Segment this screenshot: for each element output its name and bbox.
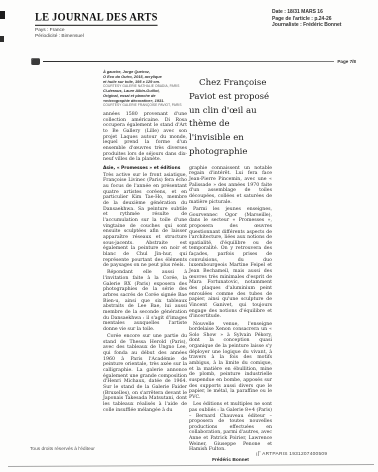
pull-quote-headline: Chez Françoise Paviot est proposé un cli… <box>189 77 272 160</box>
article-paragraph: années 1580 provenant d'une collection a… <box>103 112 187 163</box>
page-bottom-rule <box>8 464 374 467</box>
clipping-stamp-icon: ¡|' <box>256 451 261 457</box>
caption-credit: COURTESY GALERIE FRANÇOISE PAVIOT, PARIS <box>103 103 187 108</box>
journalist-label: Journaliste : Frédéric Bonnet <box>272 22 341 29</box>
article-paragraph: Corée encore sur une partie du stand de … <box>103 334 187 413</box>
scan-artifact-mark <box>0 36 4 42</box>
scan-artifact-mark <box>0 11 5 19</box>
section-subhead: Asie, « Promesses » et éditions <box>103 166 187 171</box>
clipping-reference: ¡|' ARTPARIS 1931207400509 <box>256 451 327 457</box>
article-paragraph: graphie connaissent un notable regain d'… <box>189 166 272 206</box>
rights-notice: Tous droits réservés à l'éditeur <box>30 447 95 452</box>
clipping-meta-block: Date : 18/31 MARS 16 Page de l'article :… <box>272 9 341 29</box>
article-paragraph: Parmi les jeunes enseignes, Gourvennec O… <box>189 207 272 320</box>
image-caption: À gauche, Jorge Queiroz, O Eco do Outro,… <box>103 70 187 108</box>
article-paragraph: Très active sur le front asiatique, Fran… <box>103 173 187 269</box>
article-paragraph: Répondant elle aussi à l'invitation fait… <box>103 270 187 332</box>
header-rule: Page 7/8 <box>31 58 356 65</box>
article-body-right: graphie connaissent un notable regain d'… <box>189 166 272 463</box>
article-page-label: Page de l'article : p.24-26 <box>272 16 341 23</box>
article-paragraph: Nouvelle venue, l'enseigne bordelaise Xe… <box>189 322 272 401</box>
periodicity-label: Périodicité : Bimensuel <box>35 34 164 40</box>
article-paragraph: Les éditions et multiples ne sont pas ou… <box>189 402 272 453</box>
reference-code: ARTPARIS 1931207400509 <box>262 452 327 457</box>
article-column-left: À gauche, Jorge Queiroz, O Eco do Outro,… <box>103 70 187 415</box>
publication-logo: LE JOURNAL DES ARTS <box>35 11 158 26</box>
horizontal-rule <box>43 61 334 63</box>
clipping-service-icon <box>31 58 40 65</box>
article-column-right: Chez Françoise Paviot est proposé un cli… <box>189 70 272 463</box>
author-signature: Frédéric Bonnet <box>189 458 272 463</box>
press-clipping-page: LE JOURNAL DES ARTS Pays : France Périod… <box>0 0 378 472</box>
publication-masthead: LE JOURNAL DES ARTS Pays : France Périod… <box>35 5 164 40</box>
date-label: Date : 18/31 MARS 16 <box>272 9 341 16</box>
article-body-left: années 1580 provenant d'une collection a… <box>103 112 187 413</box>
page-indicator: Page 7/8 <box>337 59 356 64</box>
